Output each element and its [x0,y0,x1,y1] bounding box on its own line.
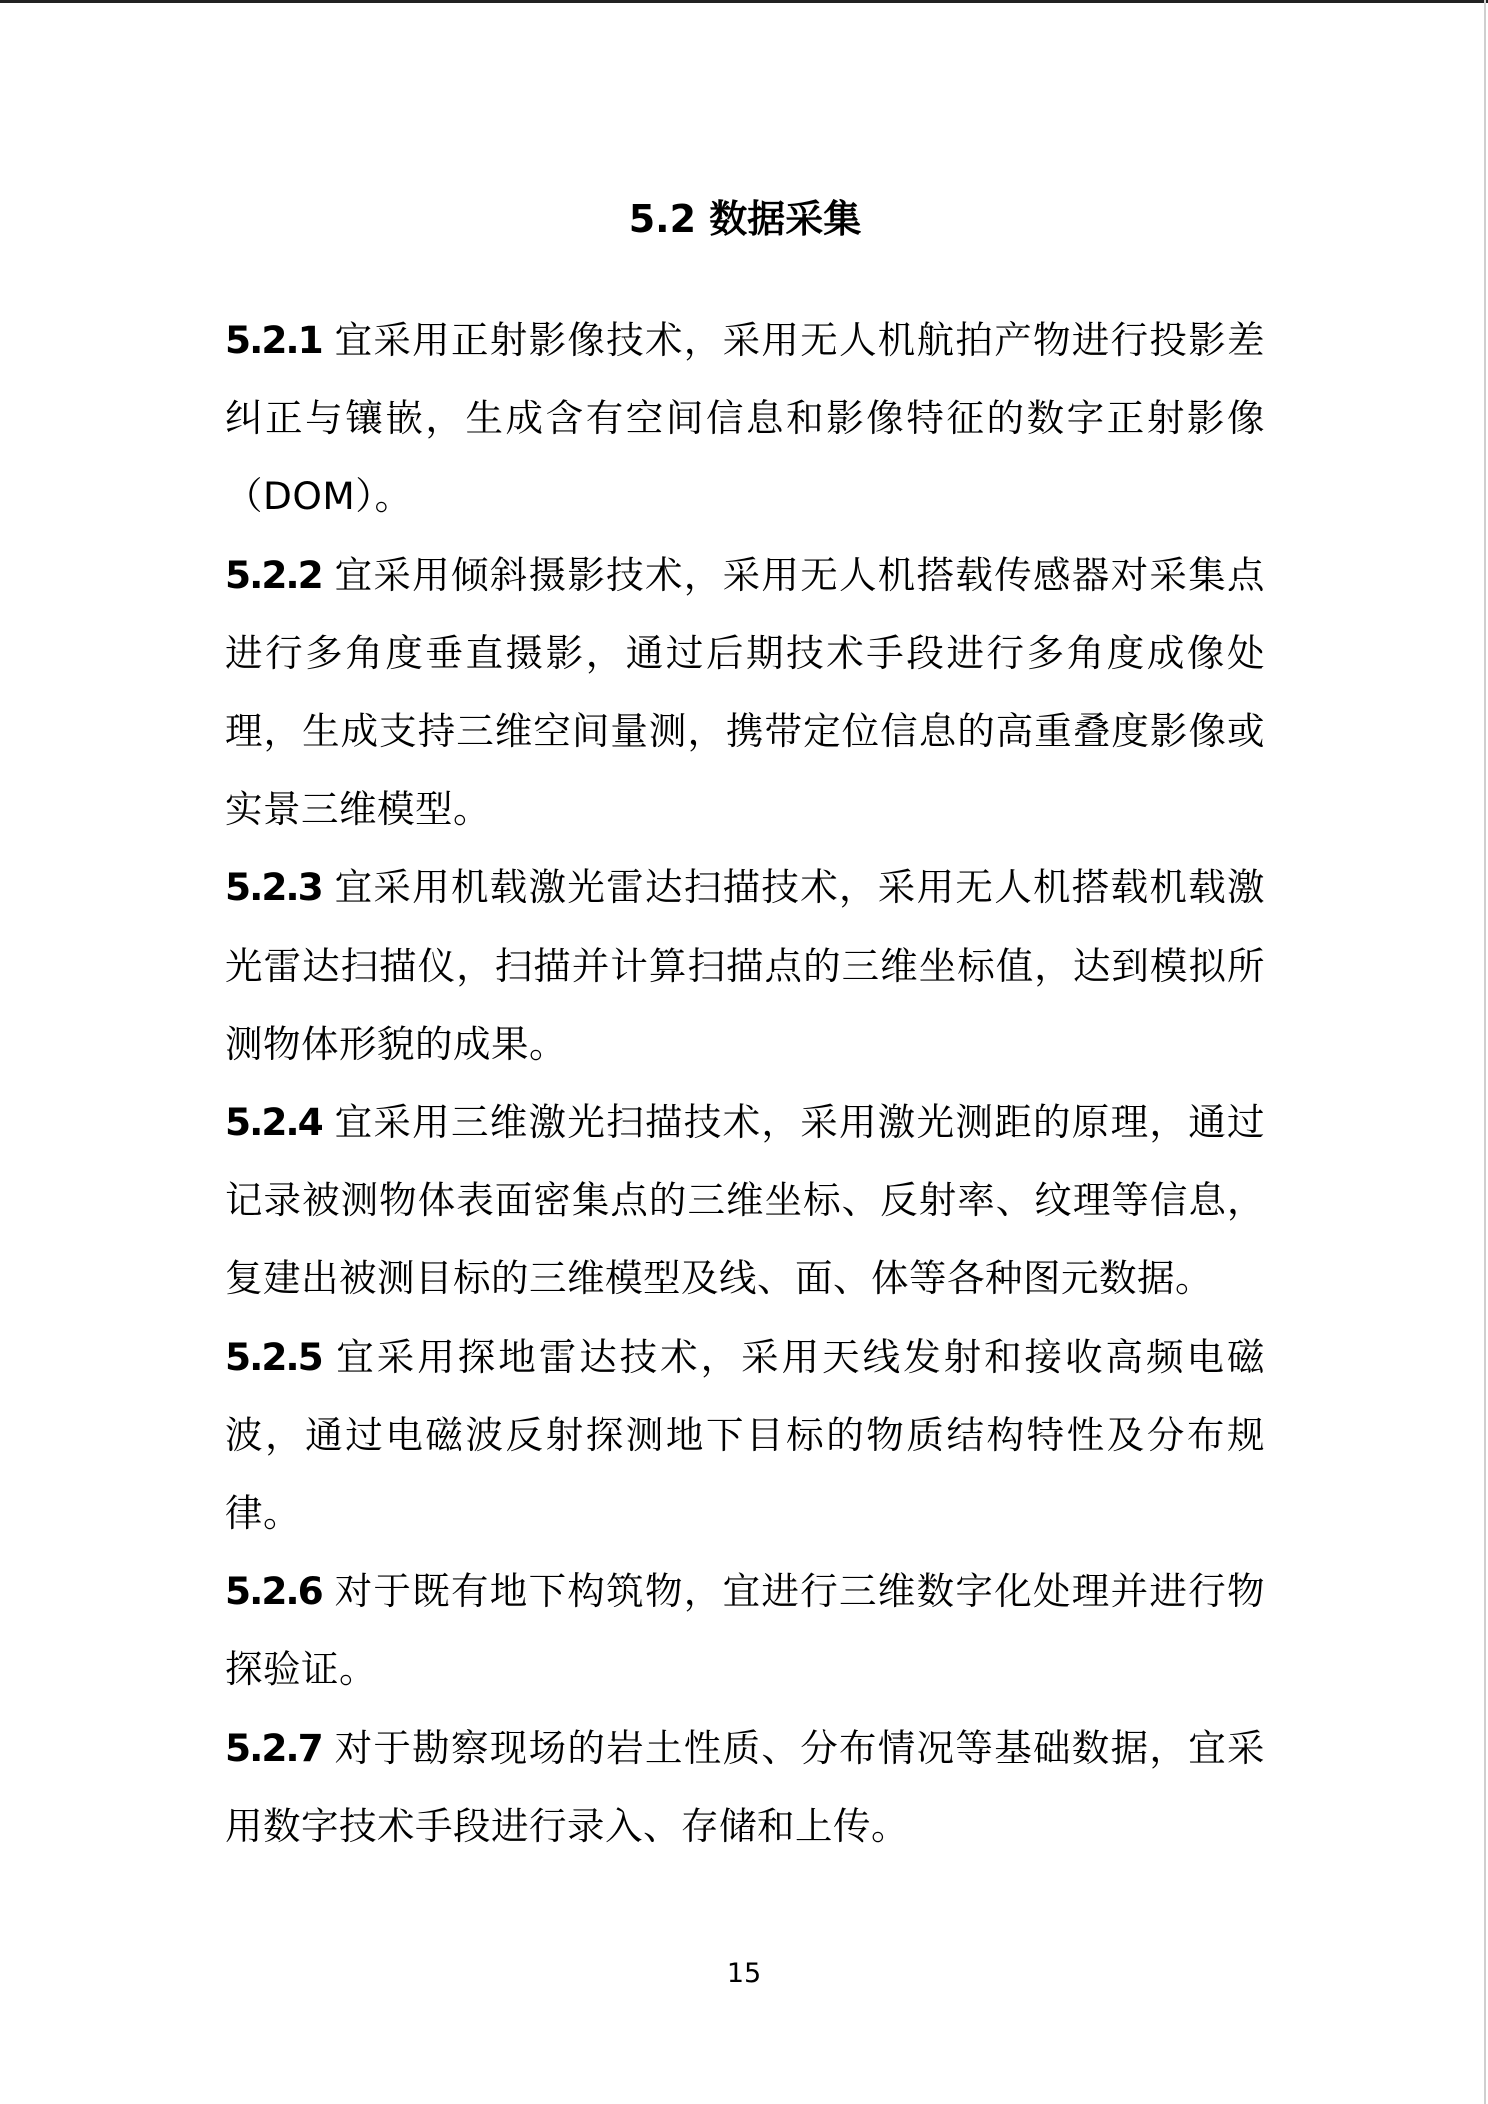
page-top-border [0,0,1488,3]
clause-text: 对于勘察现场的岩土性质、分布情况等基础数据，宜采用数字技术手段进行录入、存储和上… [225,1726,1265,1848]
clause-5-2-4: 5.2.4宜采用三维激光扫描技术，采用激光测距的原理，通过记录被测物体表面密集点… [225,1083,1265,1318]
clause-text: 宜采用三维激光扫描技术，采用激光测距的原理，通过记录被测物体表面密集点的三维坐标… [225,1100,1265,1300]
clause-5-2-3: 5.2.3宜采用机载激光雷达扫描技术，采用无人机搭载机载激光雷达扫描仪，扫描并计… [225,848,1265,1083]
clause-5-2-2: 5.2.2宜采用倾斜摄影技术，采用无人机搭载传感器对采集点进行多角度垂直摄影，通… [225,536,1265,849]
clause-number: 5.2.3 [225,865,322,909]
clause-number: 5.2.1 [225,318,322,362]
clause-text: 宜采用正射影像技术，采用无人机航拍产物进行投影差纠正与镶嵌，生成含有空间信息和影… [225,318,1265,518]
clause-number: 5.2.2 [225,553,322,597]
clause-5-2-5: 5.2.5宜采用探地雷达技术，采用天线发射和接收高频电磁波，通过电磁波反射探测地… [225,1318,1265,1553]
clause-text: 宜采用探地雷达技术，采用天线发射和接收高频电磁波，通过电磁波反射探测地下目标的物… [225,1335,1265,1535]
clause-number: 5.2.5 [225,1335,322,1379]
clause-number: 5.2.6 [225,1569,322,1613]
page-right-border [1484,0,1486,2104]
page-number: 15 [0,1956,1488,1992]
clause-text: 宜采用机载激光雷达扫描技术，采用无人机搭载机载激光雷达扫描仪，扫描并计算扫描点的… [225,865,1265,1065]
clause-text: 宜采用倾斜摄影技术，采用无人机搭载传感器对采集点进行多角度垂直摄影，通过后期技术… [225,553,1265,832]
section-title: 5.2 数据采集 [225,192,1265,246]
clause-number: 5.2.4 [225,1100,322,1144]
clause-5-2-7: 5.2.7对于勘察现场的岩土性质、分布情况等基础数据，宜采用数字技术手段进行录入… [225,1709,1265,1865]
clause-5-2-1: 5.2.1宜采用正射影像技术，采用无人机航拍产物进行投影差纠正与镶嵌，生成含有空… [225,301,1265,536]
clause-5-2-6: 5.2.6对于既有地下构筑物，宜进行三维数字化处理并进行物探验证。 [225,1552,1265,1708]
clause-text: 对于既有地下构筑物，宜进行三维数字化处理并进行物探验证。 [225,1569,1265,1691]
section-body: 5.2.1宜采用正射影像技术，采用无人机航拍产物进行投影差纠正与镶嵌，生成含有空… [225,301,1265,1865]
clause-number: 5.2.7 [225,1726,322,1770]
